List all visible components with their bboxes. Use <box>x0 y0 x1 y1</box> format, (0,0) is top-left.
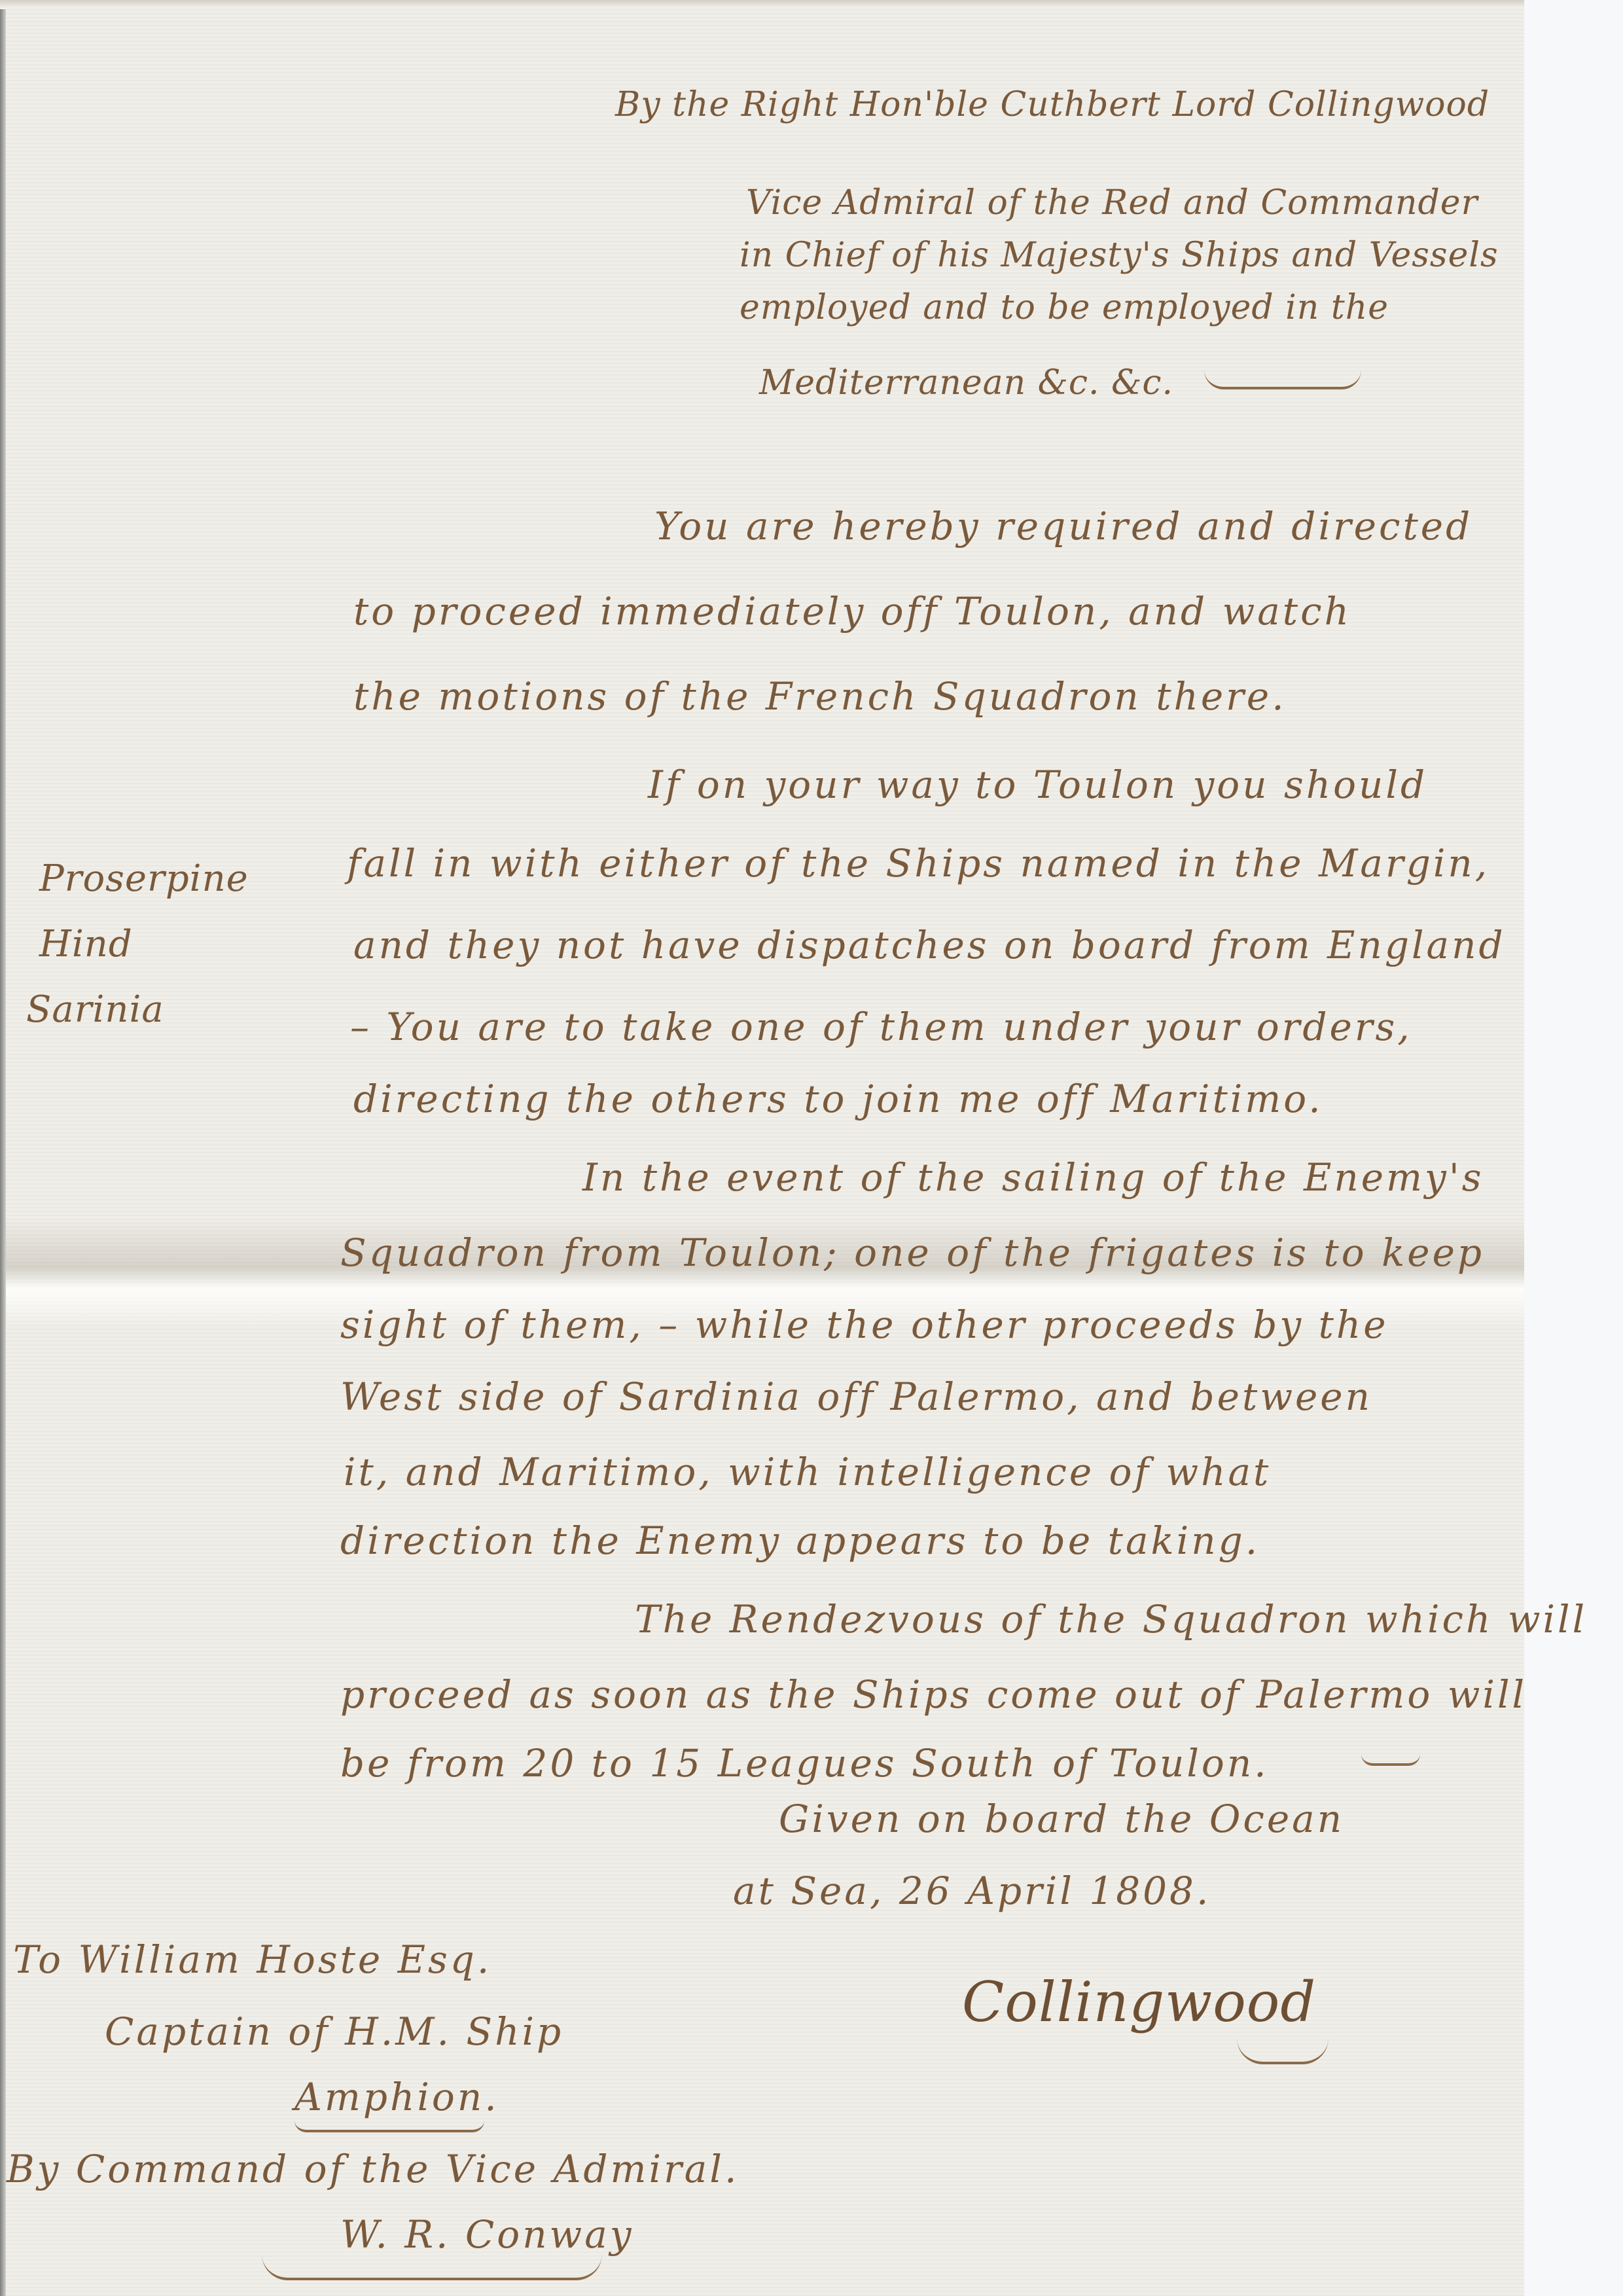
addressee-underline <box>294 2121 484 2132</box>
header-line: Mediterranean &c. &c. <box>759 363 1173 403</box>
addressee-line: To William Hoste Esq. <box>13 1937 491 1982</box>
countersign-line: By Command of the Vice Admiral. <box>7 2147 739 2191</box>
body-line: proceed as soon as the Ships come out of… <box>340 1672 1527 1717</box>
margin-ship-name: Proserpine <box>39 857 249 900</box>
page-left-edge <box>0 9 6 2296</box>
margin-ship-name: Sarinia <box>26 988 164 1031</box>
countersign-flourish <box>262 2251 602 2280</box>
given-on-board: Given on board the Ocean <box>779 1797 1344 1841</box>
body-line: direction the Enemy appears to be taking… <box>340 1518 1260 1563</box>
header-flourish <box>1204 370 1361 389</box>
place-and-date: at Sea, 26 April 1808. <box>733 1869 1211 1913</box>
body-line: directing the others to join me off Mari… <box>353 1077 1323 1121</box>
body-line: be from 20 to 15 Leagues South of Toulon… <box>340 1741 1269 1785</box>
margin-ship-name: Hind <box>39 923 133 965</box>
signature-flourish <box>1237 2036 1329 2064</box>
body-line: the motions of the French Squadron there… <box>353 674 1287 719</box>
header-line: in Chief of his Majesty's Ships and Vess… <box>740 236 1499 275</box>
addressee-ship: Amphion. <box>294 2075 499 2119</box>
body-line: and they not have dispatches on board fr… <box>353 923 1506 967</box>
signature-collingwood: Collingwood <box>962 1970 1316 2034</box>
body-line: fall in with either of the Ships named i… <box>347 841 1489 886</box>
body-line: In the event of the sailing of the Enemy… <box>582 1155 1484 1200</box>
body-line: You are hereby required and directed <box>654 504 1472 548</box>
scan-margin <box>1524 0 1623 2296</box>
closing-flourish <box>1361 1754 1420 1766</box>
addressee-line: Captain of H.M. Ship <box>105 2009 563 2054</box>
header-line: employed and to be employed in the <box>740 288 1389 327</box>
countersign-name: W. R. Conway <box>340 2212 634 2257</box>
body-line: If on your way to Toulon you should <box>648 762 1427 807</box>
body-line: to proceed immediately off Toulon, and w… <box>353 589 1351 634</box>
header-line: By the Right Hon'ble Cuthbert Lord Colli… <box>615 85 1489 124</box>
body-line: sight of them, – while the other proceed… <box>340 1302 1389 1347</box>
body-line: The Rendezvous of the Squadron which wil… <box>635 1597 1587 1641</box>
body-line: West side of Sardinia off Palermo, and b… <box>340 1374 1372 1419</box>
body-line: it, and Maritimo, with intelligence of w… <box>344 1450 1271 1494</box>
body-line: Squadron from Toulon; one of the frigate… <box>340 1230 1484 1275</box>
header-line: Vice Admiral of the Red and Commander <box>746 183 1478 223</box>
body-line: – You are to take one of them under your… <box>350 1005 1412 1049</box>
